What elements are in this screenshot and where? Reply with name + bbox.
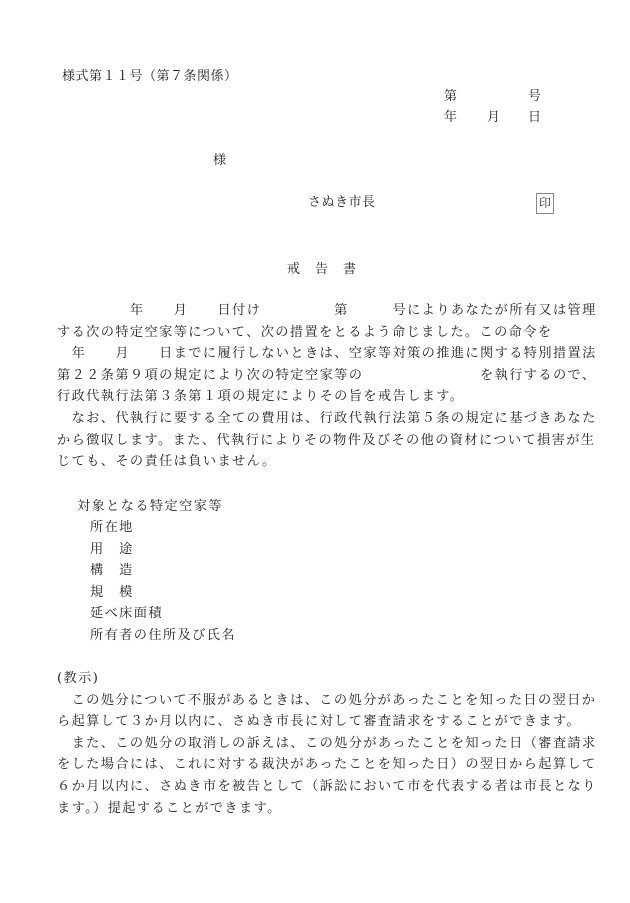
seal-stamp-box: 印 bbox=[536, 193, 554, 214]
notice-line: ら起算して３か月以内に、さぬき市長に対して審査請求をすることができます。 bbox=[57, 711, 582, 733]
target-item-owner: 所有者の住所及び氏名 bbox=[90, 625, 615, 647]
form-number: 様式第１１号（第７条関係） bbox=[62, 69, 238, 85]
body-line: なお、代執行に要する全ての費用は、行政代執行法第５条の規定に基づきあなた bbox=[57, 408, 582, 430]
target-item-structure: 構 造 bbox=[90, 560, 615, 582]
notice-section: (教示) この処分について不服があるときは、この処分があったことを知った日の翌日… bbox=[57, 668, 582, 819]
target-heading-text: 対象となる特定空家等 bbox=[77, 496, 602, 518]
issuer-name: さぬき市長 bbox=[308, 195, 376, 211]
notice-line: この処分について不服があるときは、この処分があったことを知った日の翌日か bbox=[57, 690, 582, 712]
target-heading: 対象となる特定空家等 bbox=[77, 496, 602, 518]
body-line: 年 月 日までに履行しないときは、空家等対策の推進に関する特別措置法 bbox=[57, 343, 582, 365]
body-line: 年 月 日付け 第 号によりあなたが所有又は管理 bbox=[57, 300, 582, 322]
date-year: 年 bbox=[444, 110, 458, 126]
target-item-scale: 規 模 bbox=[90, 582, 615, 604]
notice-heading: (教示) bbox=[57, 668, 582, 690]
body-line: じても、その責任は負いません。 bbox=[57, 451, 582, 473]
target-item-floor-area: 延べ床面積 bbox=[90, 603, 615, 625]
body-paragraph: 年 月 日付け 第 号によりあなたが所有又は管理 する次の特定空家等について、次… bbox=[57, 300, 582, 473]
document-number-prefix: 第 bbox=[444, 89, 458, 105]
addressee-honorific: 様 bbox=[213, 153, 227, 169]
date-day: 日 bbox=[528, 110, 542, 126]
notice-line: をした場合には、これに対する裁決があったことを知った日）の翌日から起算して bbox=[57, 754, 582, 776]
notice-line: ６か月以内に、さぬき市を被告として（訴訟において市を代表する者は市長となり bbox=[57, 776, 582, 798]
document-number-suffix: 号 bbox=[528, 89, 542, 105]
notice-line: また、この処分の取消しの訴えは、この処分があったことを知った日（審査請求 bbox=[57, 733, 582, 755]
body-line: 行政代執行法第３条第１項の規定によりその旨を戒告します。 bbox=[57, 386, 582, 408]
target-item-location: 所在地 bbox=[90, 517, 615, 539]
body-line: 第２２条第９項の規定により次の特定空家等の を執行するので、 bbox=[57, 365, 582, 387]
document-title: 戒 告 書 bbox=[287, 262, 357, 278]
body-line: する次の特定空家等について、次の措置をとるよう命じました。この命令を bbox=[57, 322, 582, 344]
notice-line: ます。）提起することができます。 bbox=[57, 798, 582, 820]
target-item-list: 所在地 用 途 構 造 規 模 延べ床面積 所有者の住所及び氏名 bbox=[90, 517, 615, 647]
date-month: 月 bbox=[487, 110, 501, 126]
target-item-use: 用 途 bbox=[90, 539, 615, 561]
body-line: から徴収します。また、代執行によりその物件及びその他の資材について損害が生 bbox=[57, 430, 582, 452]
